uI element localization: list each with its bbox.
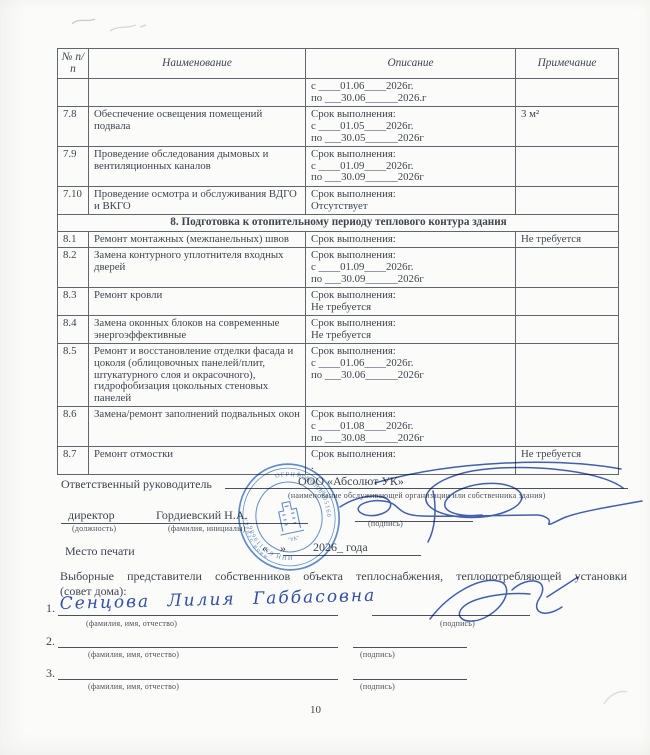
entry-3-sign-hint: (подпись)	[360, 682, 395, 691]
cell-name: Проведение обследования дымовых и вентил…	[89, 147, 306, 187]
table-row: 8.2Замена контурного уплотнителя входных…	[58, 248, 619, 288]
cell-number: 7.9	[58, 147, 89, 187]
description-line: Срок выполнения:	[311, 290, 511, 302]
table-row: 8.6Замена/ремонт заполнений подвальных о…	[58, 407, 619, 447]
description-line: по ___30.09______2026г	[311, 274, 511, 286]
table-row: 8.4Замена оконных блоков на современные …	[58, 316, 619, 344]
description-line: Не требуется	[311, 302, 511, 314]
svg-text:ОГРН 1236300005160: ОГРН 1236300005160	[274, 463, 333, 527]
table-row: 7.9Проведение обследования дымовых и вен…	[58, 147, 619, 187]
cell-name: Замена/ремонт заполнений подвальных окон	[89, 407, 306, 447]
cell-note	[516, 316, 619, 344]
cell-name: Ремонт кровли	[89, 288, 306, 316]
description-line: по ___30.09______2026г	[311, 172, 511, 184]
description-line: Отсутствует	[311, 201, 511, 213]
table-row: 8.5Ремонт и восстановление отделки фасад…	[58, 344, 619, 407]
company-stamp: федерация нной отрасл ИНН 6311196867 ОГР…	[235, 460, 343, 574]
scan-smudge	[600, 686, 630, 708]
entry-2-sign-hint: (подпись)	[360, 650, 395, 659]
entry-2-number: 2.	[46, 634, 55, 649]
cell-number: 8.3	[58, 288, 89, 316]
cell-name: Проведение осмотра и обслуживания ВДГО и…	[89, 186, 306, 214]
description-line: с ____01.06____2026г.	[311, 358, 511, 370]
table-row: 7.8Обеспечение освещения помещений подва…	[58, 107, 619, 147]
stamp-center-caption: "УК"	[287, 535, 300, 543]
cell-name: Замена оконных блоков на современные эне…	[89, 316, 306, 344]
section-row: 8. Подготовка к отопительному периоду те…	[58, 215, 619, 232]
manager-name-hint: (фамилия, инициалы)	[168, 524, 246, 533]
cell-number	[58, 79, 89, 107]
cell-number: 8.7	[58, 447, 89, 475]
table-row: с ____01.06____2026г.по ___30.06______20…	[58, 79, 619, 107]
cell-name: Замена контурного уплотнителя входных дв…	[89, 248, 306, 288]
cell-note	[516, 288, 619, 316]
cell-description: Срок выполнения:с ____01.09____2026г.по …	[306, 248, 516, 288]
cell-note	[516, 248, 619, 288]
entry-3-name-line	[58, 665, 338, 680]
cell-number: 7.10	[58, 186, 89, 214]
cell-description: Срок выполнения:Отсутствует	[306, 186, 516, 214]
cell-note: 3 м²	[516, 107, 619, 147]
cell-name: Ремонт монтажных (межпанельных) швов	[89, 231, 306, 248]
section-header: 8. Подготовка к отопительному периоду те…	[58, 215, 619, 232]
cell-note	[516, 344, 619, 407]
description-line: Срок выполнения:	[311, 234, 511, 246]
description-line: Не требуется	[311, 330, 511, 342]
description-line: Срок выполнения:	[311, 189, 511, 201]
table-row: 8.1Ремонт монтажных (межпанельных) швовС…	[58, 231, 619, 248]
entry-3-sign-line	[353, 665, 467, 680]
description-line: с ____01.09____2026г.	[311, 262, 511, 274]
entry-2-sign-line	[353, 633, 467, 648]
cell-description: Срок выполнения:с ____01.08____2026г.по …	[306, 407, 516, 447]
description-line: с ____01.05____2026г.	[311, 121, 511, 133]
manager-signature-scribble	[330, 455, 650, 547]
table-row: 8.3Ремонт кровлиСрок выполнения:Не требу…	[58, 288, 619, 316]
entry-1-name-line: Сенцова Лилия Габбасовна	[58, 600, 338, 616]
cell-description: Срок выполнения:с ____01.06____2026г.по …	[306, 344, 516, 407]
page-number: 10	[310, 704, 321, 716]
cell-note: Не требуется	[516, 231, 619, 248]
entry-1-number: 1.	[46, 601, 55, 616]
cell-number: 7.8	[58, 107, 89, 147]
cell-number: 8.4	[58, 316, 89, 344]
cell-note	[516, 79, 619, 107]
cell-description: Срок выполнения:с ____01.09____2026г.по …	[306, 147, 516, 187]
cell-number: 8.1	[58, 231, 89, 248]
requirements-table: № п/п Наименование Описание Примечание с…	[57, 48, 619, 475]
place-of-seal-label: Место печати	[65, 544, 135, 559]
cell-note	[516, 147, 619, 187]
cell-description: Срок выполнения:Не требуется	[306, 288, 516, 316]
entry-1-signature-scribble	[412, 573, 582, 629]
responsible-label: Ответственный руководитель	[61, 477, 212, 492]
entry-1-fio-hint: (фамилия, имя, отчество)	[86, 619, 177, 628]
col-header-num: № п/п	[58, 49, 89, 79]
description-line: Срок выполнения:	[311, 149, 511, 161]
table-header-row: № п/п Наименование Описание Примечание	[58, 49, 619, 79]
cell-number: 8.5	[58, 344, 89, 407]
entry-2-name-line	[58, 633, 338, 648]
cell-description: Срок выполнения:с ____01.05____2026г.по …	[306, 107, 516, 147]
col-header-note: Примечание	[516, 49, 619, 79]
entry-2-fio-hint: (фамилия, имя, отчество)	[88, 650, 179, 659]
cell-note	[516, 186, 619, 214]
cell-name: Ремонт и восстановление отделки фасада и…	[89, 344, 306, 407]
cell-name	[89, 79, 306, 107]
table-body: с ____01.06____2026г.по ___30.06______20…	[58, 79, 619, 475]
position-hint: (должность)	[72, 524, 116, 533]
entry-3-number: 3.	[46, 666, 55, 681]
table-row: 7.10Проведение осмотра и обслуживания ВД…	[58, 186, 619, 214]
col-header-desc: Описание	[306, 49, 516, 79]
stamp-ogrn-text: ОГРН 1236300005160	[274, 463, 333, 527]
cell-name: Обеспечение освещения помещений подвала	[89, 107, 306, 147]
pencil-marks	[70, 12, 160, 36]
description-line: по ___30.05______2026г	[311, 133, 511, 145]
description-line: по ___30.08______2026г	[311, 433, 511, 445]
scanned-document-page: № п/п Наименование Описание Примечание с…	[0, 0, 650, 755]
entry-3-fio-hint: (фамилия, имя, отчество)	[88, 682, 179, 691]
description-line: с ____01.08____2026г.	[311, 421, 511, 433]
cell-number: 8.6	[58, 407, 89, 447]
col-header-name: Наименование	[89, 49, 306, 79]
cell-description: с ____01.06____2026г.по ___30.06______20…	[306, 79, 516, 107]
description-line: по ___30.06______2026г	[311, 370, 511, 382]
cell-number: 8.2	[58, 248, 89, 288]
cell-note	[516, 407, 619, 447]
description-line: по ___30.06______2026.г	[311, 93, 511, 105]
cell-description: Срок выполнения:Не требуется	[306, 316, 516, 344]
cell-description: Срок выполнения:	[306, 231, 516, 248]
